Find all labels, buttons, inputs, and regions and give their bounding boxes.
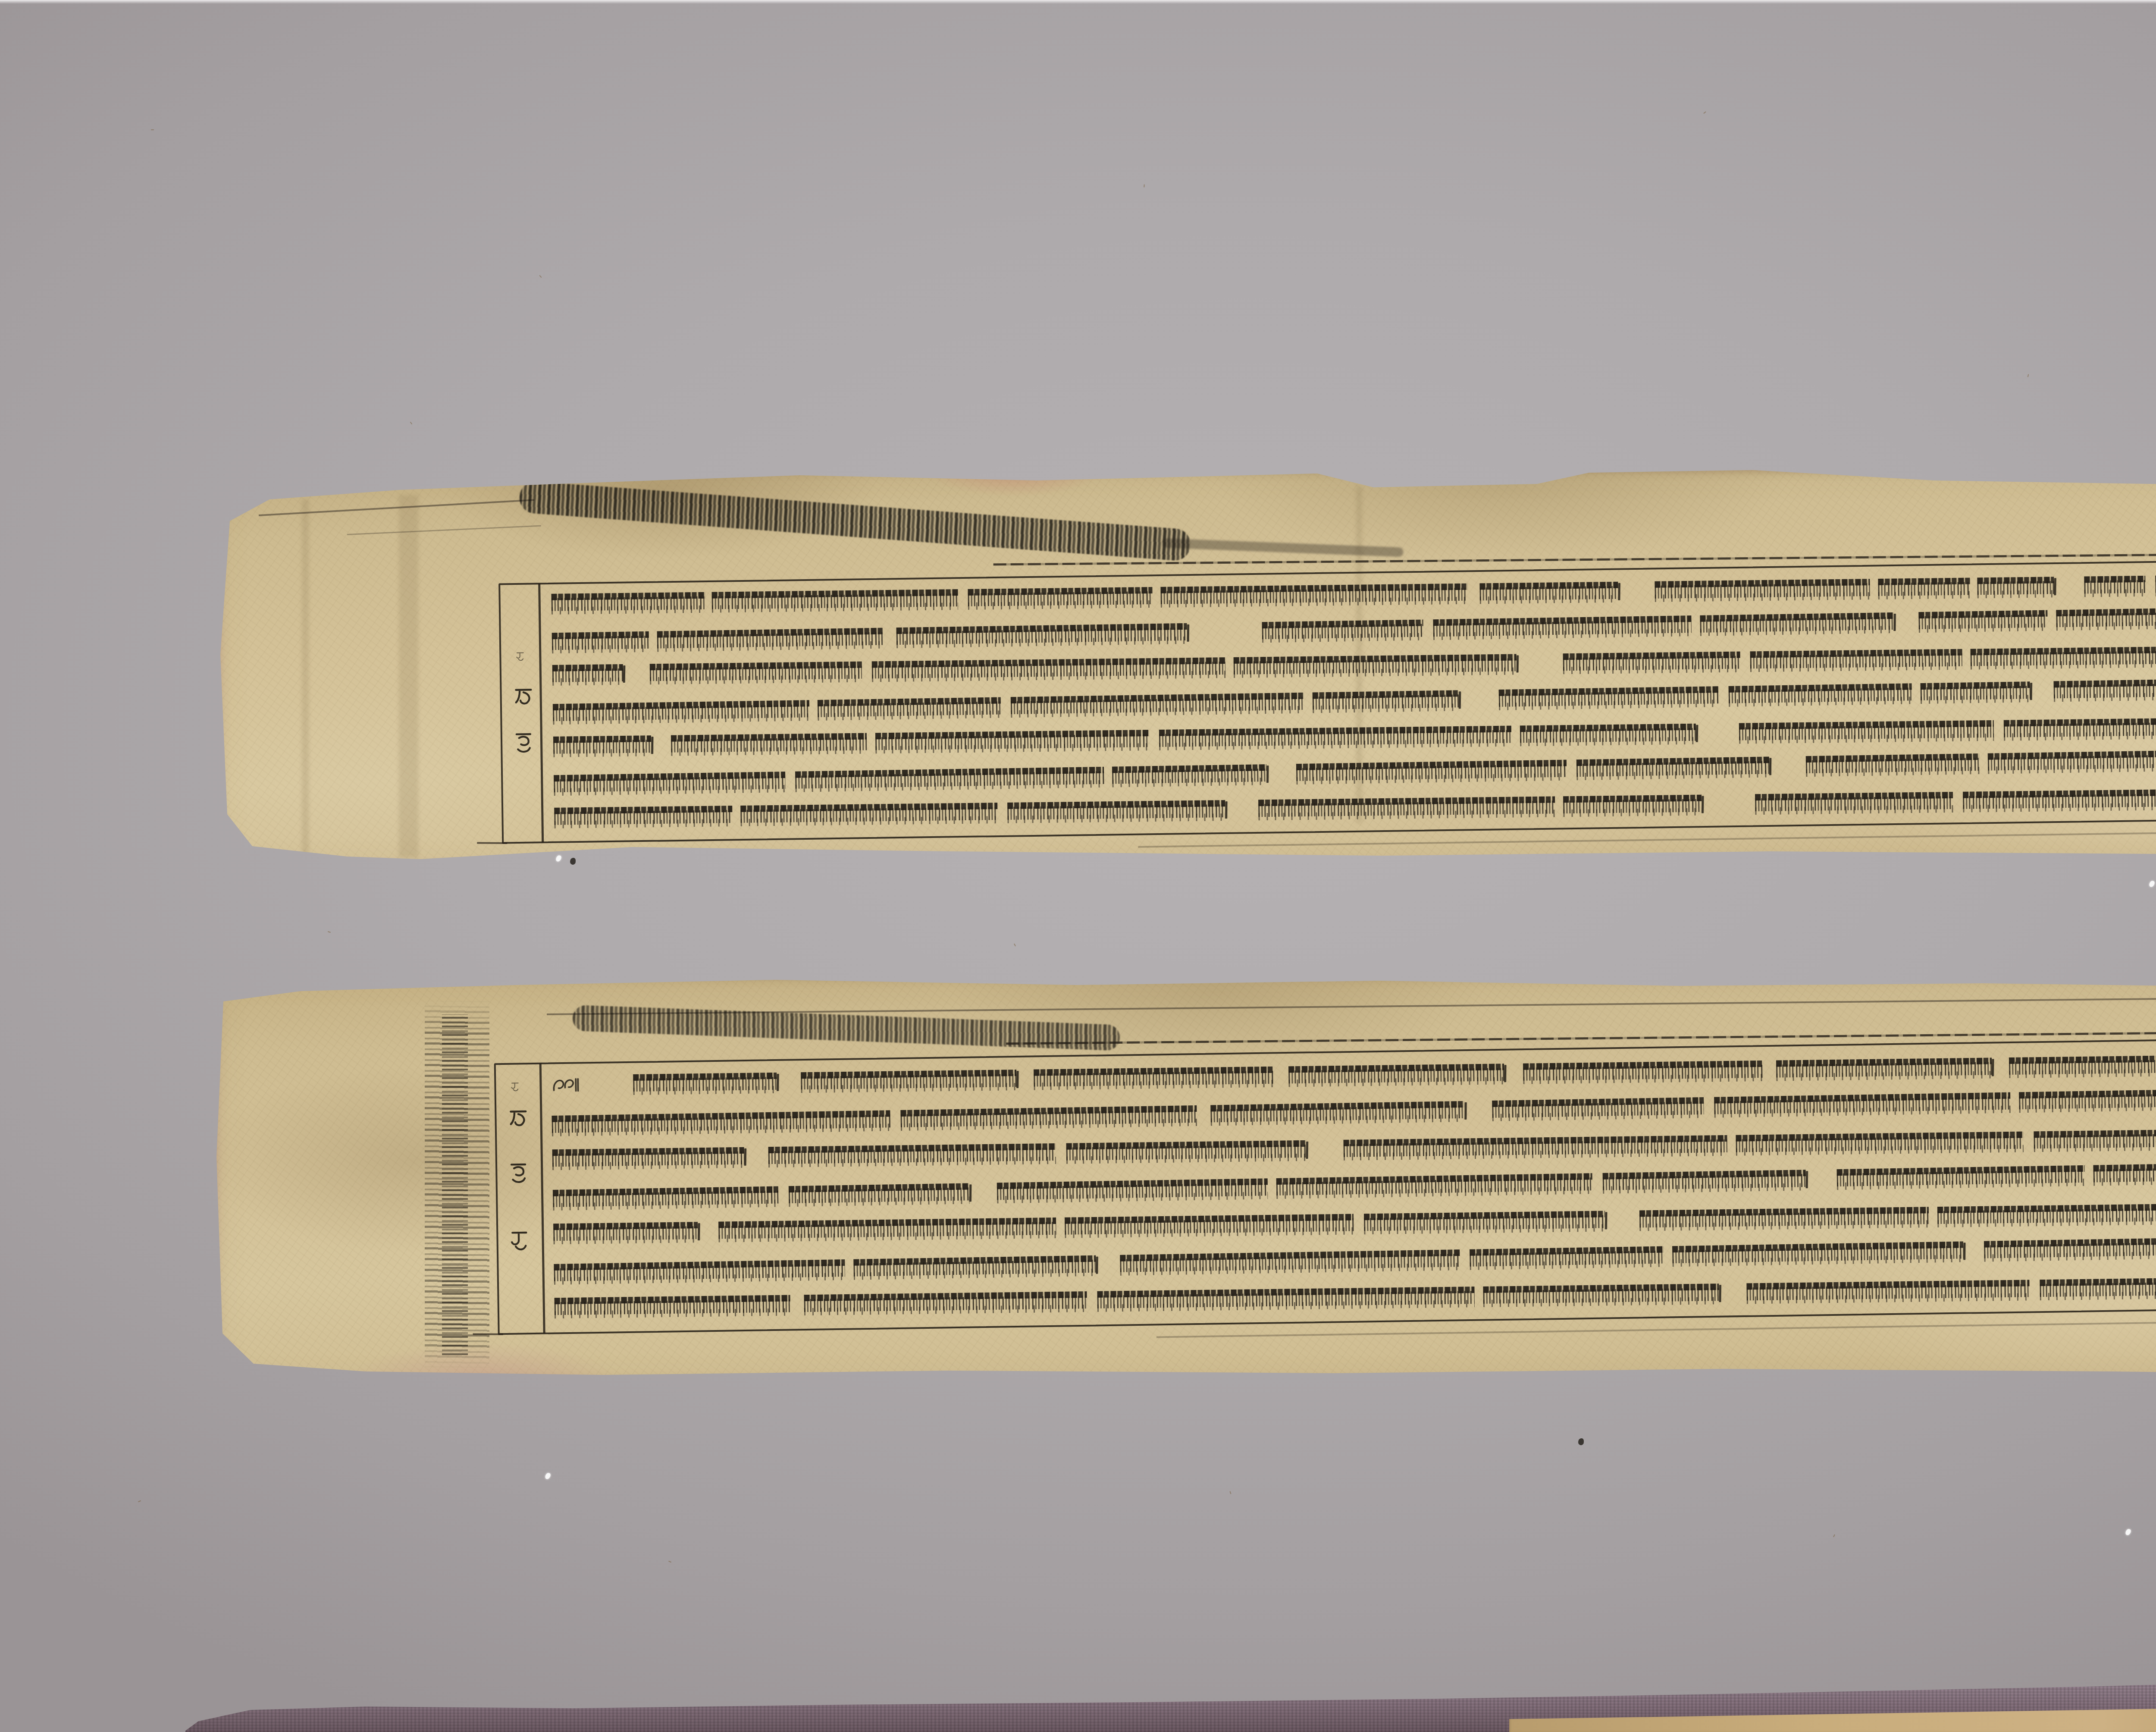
text-gap <box>1592 1173 1603 1194</box>
shad-stroke <box>1225 801 1228 819</box>
script-ink-segment <box>1211 1101 1465 1126</box>
script-ink-segment <box>2009 1054 2156 1078</box>
text-gap <box>958 589 968 610</box>
underleaf-edge-line <box>259 499 534 516</box>
script-ink-segment <box>1963 789 2156 813</box>
script-ink-segment <box>804 1291 1087 1315</box>
shad-stroke <box>1016 1071 1019 1088</box>
script-ink-segment <box>901 1105 1197 1131</box>
margin-glyph <box>508 1227 531 1255</box>
text-gap <box>1727 1135 1736 1156</box>
script-ink-segment <box>1499 686 1719 710</box>
text-gap <box>1475 1286 1484 1307</box>
text-gap <box>790 1295 804 1315</box>
script-ink-segment <box>1576 757 1770 781</box>
script-ink-segment <box>711 589 958 612</box>
script-ink-segment <box>968 587 1152 610</box>
text-gap <box>698 1222 718 1243</box>
paper-crease <box>302 499 309 857</box>
fiber-speck <box>539 275 542 278</box>
text-gap <box>1152 587 1161 608</box>
script-ink-segment <box>1937 1202 2156 1227</box>
text-gap <box>1511 725 1520 746</box>
script-ink-segment <box>1977 577 2054 598</box>
script-ink-segment <box>1483 1283 1719 1307</box>
fiber-speck <box>328 931 331 933</box>
script-ink-segment <box>801 1070 1016 1093</box>
shad-stroke <box>969 1184 971 1202</box>
margin-glyph <box>507 1159 530 1187</box>
script-ink-segment <box>1918 610 2048 633</box>
shad-stroke <box>744 1148 746 1166</box>
script-ink-segment <box>1520 723 1696 746</box>
text-gap <box>1459 690 1499 711</box>
script-ink-segment <box>552 592 705 615</box>
script-ink-segment <box>552 664 624 686</box>
script-ink-segment <box>553 1186 779 1211</box>
dark-fleck <box>570 858 576 865</box>
shad-stroke <box>1096 1257 1098 1274</box>
script-ink-segment <box>1602 1170 1806 1194</box>
script-ink-segment <box>555 1295 790 1319</box>
script-ink-segment <box>1258 796 1555 820</box>
text-gap <box>1468 583 1480 604</box>
fiber-speck <box>410 422 413 425</box>
text-gap <box>1702 794 1755 815</box>
text-gap <box>1762 1061 1777 1081</box>
text-gap <box>1306 1140 1344 1161</box>
fiber-speck <box>668 1561 671 1563</box>
script-ink-segment <box>1234 654 1517 678</box>
text-gap <box>1517 654 1564 675</box>
script-ink-segment <box>1836 1165 2085 1190</box>
script-ink-segment <box>1806 753 1980 777</box>
text-gap <box>1504 1064 1523 1085</box>
script-ink-segment <box>853 1255 1096 1280</box>
shad-stroke <box>1769 758 1771 775</box>
script-ink-segment <box>818 697 1001 720</box>
text-gap <box>1605 1210 1639 1231</box>
script-ink-segment <box>1112 764 1267 787</box>
text-gap <box>1953 792 1963 813</box>
text-gap <box>1187 622 1262 644</box>
text-gap <box>651 735 671 756</box>
script-ink-segment <box>633 1073 777 1095</box>
text-gap <box>997 803 1008 823</box>
script-ink-segment <box>2053 679 2156 702</box>
shad-stroke <box>1992 1059 1994 1076</box>
text-gap <box>2054 577 2084 598</box>
text-line <box>553 718 2156 757</box>
script-ink-segment <box>554 772 785 796</box>
text-gap <box>809 700 818 721</box>
script-ink-segment <box>1755 792 1953 815</box>
script-ink-segment <box>1470 1246 1664 1270</box>
shad-stroke <box>1504 1065 1507 1082</box>
ink-smudge-tail <box>1162 538 1404 557</box>
photo-top-edge-strip <box>0 0 2156 4</box>
dark-fleck <box>1578 1438 1584 1445</box>
script-ink-segment <box>997 1178 1268 1203</box>
text-gap <box>1555 796 1564 817</box>
script-ink-segment <box>1262 619 1423 643</box>
script-ink-segment <box>552 1110 890 1136</box>
script-ink-segment <box>1097 1286 1475 1312</box>
script-ink-segment <box>2040 1277 2156 1300</box>
script-ink-segment <box>1523 1061 1763 1084</box>
shad-stroke <box>698 1223 700 1240</box>
text-gap <box>1912 683 1921 704</box>
paper-crease <box>399 495 418 857</box>
shad-stroke <box>623 665 626 683</box>
script-ink-segment <box>552 631 649 653</box>
script-ink-segment <box>553 1222 698 1244</box>
shad-stroke <box>1618 583 1620 600</box>
script-ink-segment <box>740 803 998 826</box>
script-ink-segment <box>1672 1241 1964 1267</box>
text-gap <box>1963 1241 1984 1262</box>
script-ink-segment <box>553 700 810 725</box>
text-gap <box>1928 1207 1937 1227</box>
script-ink-segment <box>552 1147 744 1170</box>
script-ink-segment <box>554 806 732 828</box>
text-gap <box>1692 615 1700 636</box>
margin-column <box>499 1064 539 1333</box>
shad-stroke <box>1306 1142 1308 1159</box>
text-gap <box>1225 800 1259 821</box>
text-frame <box>498 560 2156 844</box>
frame-bottom-faint-rule <box>1138 831 2156 847</box>
shad-stroke <box>651 737 654 754</box>
script-ink-segment <box>1729 683 1912 706</box>
ink-smudge-bar <box>518 480 1191 562</box>
text-line <box>554 789 2156 828</box>
text-gap <box>890 1110 901 1131</box>
text-gap <box>1266 764 1297 785</box>
text-line <box>554 1236 2156 1285</box>
text-gap <box>1971 577 1977 598</box>
fiber-speck <box>1229 1491 1231 1494</box>
text-gap <box>1225 657 1234 678</box>
text-gap <box>1197 1105 1211 1126</box>
text-gap <box>744 1147 768 1168</box>
script-ink-segment <box>875 730 1149 753</box>
fiber-speck <box>138 1500 141 1503</box>
script-ink-segment <box>1746 1280 2030 1304</box>
text-gap <box>777 1072 801 1093</box>
script-ink-segment <box>1971 646 2156 670</box>
script-ink-segment <box>1065 1214 1354 1238</box>
shad-stroke <box>2030 683 2032 700</box>
text-gap <box>1464 1101 1492 1122</box>
script-ink-segment <box>1492 1097 1704 1121</box>
manuscript-leaf-bottom <box>215 976 2156 1385</box>
text-gap <box>581 1074 633 1095</box>
shad-stroke <box>1963 1243 1965 1260</box>
text-gap <box>1719 686 1729 707</box>
fiber-speck <box>1833 1534 1835 1537</box>
text-gap <box>1769 756 1806 777</box>
page-stack-tan-leaf <box>1509 1705 2156 1732</box>
shad-stroke <box>1517 656 1519 673</box>
text-gap <box>1104 767 1112 788</box>
shad-stroke <box>1702 796 1704 813</box>
fiber-speck <box>151 129 154 130</box>
ink-offset-streak-core <box>442 1014 468 1355</box>
script-ink-segment <box>2084 576 2146 597</box>
script-ink-segment <box>1120 1249 1460 1276</box>
text-gap <box>1664 1246 1673 1267</box>
text-line <box>554 750 2156 796</box>
script-ink-segment <box>1276 1173 1592 1199</box>
script-ink-segment <box>1984 1236 2156 1262</box>
margin-glyph <box>511 686 535 714</box>
script-ink-segment <box>1988 750 2156 774</box>
text-line <box>552 646 2156 686</box>
text-gap <box>845 1259 854 1280</box>
fiber-speck <box>1014 943 1016 946</box>
text-gap <box>1268 1178 1277 1199</box>
fiber-speck <box>1144 184 1144 187</box>
text-gap <box>778 1186 789 1207</box>
yig-mgo-mark <box>551 1075 582 1096</box>
text-gap <box>2145 576 2156 596</box>
script-ink-segment <box>1563 795 1702 817</box>
script-ink-segment <box>1563 652 1740 675</box>
text-gap <box>1980 753 1988 774</box>
text-gap <box>1149 729 1159 750</box>
shad-stroke <box>1893 614 1896 631</box>
text-gap <box>969 1183 997 1204</box>
text-gap <box>1423 619 1433 640</box>
text-gap <box>2048 610 2056 631</box>
text-gap <box>2010 1092 2019 1113</box>
text-gap <box>1893 612 1919 633</box>
page-stack-fore-edge <box>185 1680 2156 1732</box>
photograph <box>0 0 2156 1732</box>
text-gap <box>1740 652 1750 672</box>
script-ink-segment <box>1160 584 1468 608</box>
shad-stroke <box>1266 766 1269 783</box>
dust-speck <box>2125 1528 2131 1536</box>
script-ink-segment <box>650 662 862 685</box>
script-ink-segment <box>2093 1162 2156 1186</box>
dust-speck <box>555 854 562 862</box>
text-gap <box>785 772 796 792</box>
text-gap <box>1056 1217 1065 1238</box>
script-ink-segment <box>2003 718 2156 741</box>
margin-glyph <box>511 1080 519 1095</box>
text-gap <box>2023 1131 2034 1152</box>
script-ink-segment <box>2056 607 2156 631</box>
shad-stroke <box>2054 578 2056 595</box>
text-line <box>555 1277 2156 1318</box>
text-line <box>552 1128 2156 1170</box>
script-ink-segment <box>1739 720 1994 744</box>
script-ink-segment <box>1433 615 1692 640</box>
text-block <box>551 1052 2156 1320</box>
text-gap <box>1460 1249 1470 1270</box>
text-frame <box>494 1037 2156 1335</box>
text-gap <box>2030 681 2054 702</box>
text-gap <box>1001 697 1011 718</box>
text-gap <box>1056 1143 1066 1164</box>
text-gap <box>862 662 872 682</box>
script-ink-segment <box>1011 693 1304 718</box>
frame-bottom-extension <box>473 1333 503 1335</box>
text-gap <box>2085 1165 2094 1186</box>
script-ink-segment <box>795 767 1104 792</box>
text-gap <box>1962 649 1971 670</box>
underleaf-edge-line <box>347 525 541 535</box>
text-gap <box>649 631 657 652</box>
manuscript-leaf-top <box>218 469 2156 870</box>
margin-glyph <box>516 649 524 664</box>
script-ink-segment <box>1288 1064 1504 1087</box>
dust-speck <box>2148 880 2155 888</box>
shad-stroke <box>1465 1102 1467 1120</box>
margin-column <box>504 584 543 842</box>
text-line <box>553 1162 2156 1211</box>
shad-stroke <box>1805 1171 1808 1188</box>
script-ink-segment <box>718 1217 1056 1243</box>
shad-stroke <box>1187 624 1189 641</box>
text-gap <box>1696 723 1739 744</box>
text-line <box>553 679 2156 725</box>
text-gap <box>1719 1283 1746 1304</box>
text-gap <box>1304 692 1313 713</box>
script-ink-segment <box>1736 1132 2024 1156</box>
text-line <box>553 1202 2156 1244</box>
script-ink-segment <box>1312 690 1459 713</box>
text-gap <box>1618 581 1655 602</box>
script-ink-segment <box>1878 578 1971 599</box>
shad-stroke <box>1459 691 1461 709</box>
script-ink-segment <box>1714 1092 2011 1118</box>
script-ink-segment <box>1344 1135 1727 1161</box>
script-ink-segment <box>1776 1057 1992 1081</box>
text-gap <box>1805 1169 1837 1190</box>
script-ink-segment <box>553 735 651 757</box>
text-gap <box>1992 1057 2009 1078</box>
text-gap <box>1567 759 1577 780</box>
underleaf-edge-line <box>547 995 2156 1015</box>
frame-top-double-rule <box>1006 1031 2156 1045</box>
shad-stroke <box>777 1074 779 1091</box>
shad-stroke <box>1696 725 1698 742</box>
script-ink-segment <box>1639 1207 1929 1231</box>
text-line <box>552 575 2156 615</box>
text-gap <box>1870 579 1878 599</box>
frame-bottom-extension <box>477 842 507 844</box>
script-ink-segment <box>671 733 867 756</box>
script-ink-segment <box>1296 760 1567 785</box>
script-ink-segment <box>789 1183 969 1207</box>
text-line <box>552 1088 2156 1136</box>
script-ink-segment <box>1700 612 1894 636</box>
text-gap <box>1096 1255 1120 1276</box>
script-ink-segment <box>1479 582 1618 604</box>
text-gap <box>732 806 741 826</box>
script-ink-segment <box>1159 725 1512 750</box>
script-ink-segment <box>1066 1140 1306 1164</box>
text-gap <box>1016 1070 1034 1090</box>
script-ink-segment <box>768 1143 1056 1167</box>
text-gap <box>623 664 650 685</box>
script-ink-segment <box>657 628 884 652</box>
text-line <box>552 607 2156 653</box>
text-gap <box>2029 1280 2040 1300</box>
text-block <box>552 573 2156 830</box>
text-gap <box>1087 1291 1098 1312</box>
margin-glyph <box>512 729 536 757</box>
script-ink-segment <box>1008 800 1225 823</box>
script-ink-segment <box>896 623 1188 648</box>
text-gap <box>1993 720 2004 740</box>
fiber-speck <box>2028 374 2029 377</box>
script-ink-segment <box>1750 649 1962 672</box>
shad-stroke <box>1605 1212 1608 1229</box>
script-ink-segment <box>2034 1128 2156 1152</box>
text-gap <box>1273 1066 1289 1087</box>
script-ink-segment <box>1364 1211 1605 1234</box>
script-ink-segment <box>554 1259 845 1285</box>
script-ink-segment <box>872 657 1226 682</box>
shad-stroke <box>1719 1285 1721 1302</box>
margin-glyph <box>506 1108 530 1136</box>
dust-speck <box>544 1472 551 1480</box>
text-line <box>551 1054 2156 1096</box>
script-ink-segment <box>1920 681 2031 704</box>
text-gap <box>1704 1097 1714 1118</box>
text-gap <box>883 628 897 648</box>
script-ink-segment <box>1034 1067 1273 1090</box>
frame-bottom-faint-rule <box>1156 1320 2156 1338</box>
script-ink-segment <box>2019 1088 2156 1113</box>
text-gap <box>1354 1214 1364 1234</box>
script-ink-segment <box>1655 579 1870 602</box>
text-gap <box>705 592 712 613</box>
text-gap <box>867 733 875 753</box>
fiber-speck <box>1703 111 1706 114</box>
